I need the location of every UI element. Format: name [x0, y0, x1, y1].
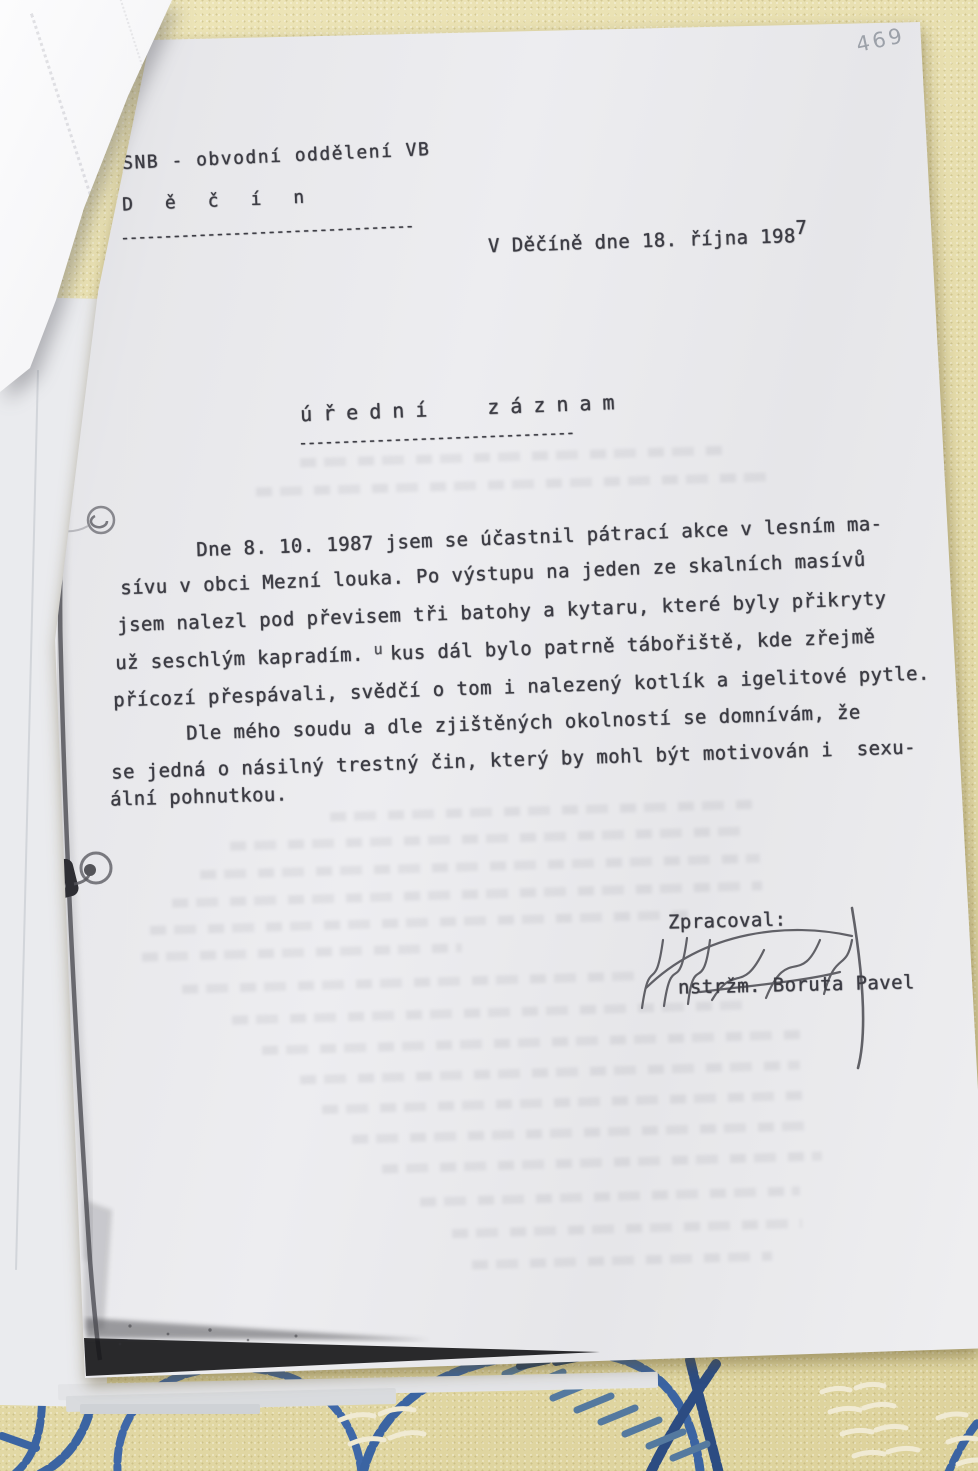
folded-corner-sheet-wrap [0, 0, 420, 520]
folded-corner-sheet [0, 0, 420, 520]
fold-ghost-marks [30, 13, 135, 328]
fold-ghost-marks [110, 0, 192, 217]
photo-of-document: SNB - obvodní oddělení VB Děčín --------… [0, 0, 978, 1471]
